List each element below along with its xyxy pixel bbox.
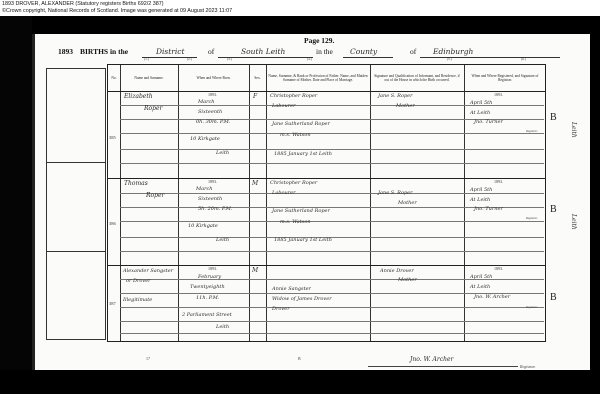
sex: F — [253, 93, 257, 100]
left-margin-box — [46, 68, 106, 340]
child-first-name: Elizabeth — [124, 93, 153, 100]
birth-time: 0h. 30m. P.M. — [196, 119, 231, 125]
birth-month: March — [196, 186, 213, 192]
column-header-registered: When and Where Registered, and Signature… — [466, 65, 544, 91]
county-name: Edinburgh — [433, 47, 473, 56]
footer-registrar-label: Registrar. — [520, 364, 536, 369]
footer-registrar-signature: Jno. W. Archer — [410, 356, 453, 363]
entry-number: 385 — [109, 135, 116, 140]
district-name: South Leith — [241, 47, 285, 56]
child-surname: or Drover — [126, 278, 151, 284]
margin-mark-385: B — [550, 112, 557, 123]
informant-name: Annie Drover — [380, 268, 414, 274]
child-first-name: Thomas — [124, 180, 148, 187]
col-number-2: (2.) — [187, 57, 192, 61]
birth-address: 10 Kirkgate — [188, 223, 218, 229]
birth-place: Leith — [216, 237, 229, 243]
col-number-1: (1.) — [144, 57, 149, 61]
registered-year: 1893. — [494, 266, 503, 271]
margin-mark-386: B — [550, 204, 557, 215]
registered-place: At Leith — [470, 284, 490, 290]
father-name: Christopher Roper — [270, 93, 317, 99]
birth-month: February — [198, 274, 221, 280]
birth-year: 1893. — [208, 92, 217, 97]
caption-copyright: ©Crown copyright, National Records of Sc… — [2, 8, 598, 15]
birth-year: 1893. — [208, 179, 217, 184]
informant-name: Jane S. Roper — [378, 93, 413, 99]
register-year: 1893 — [58, 47, 73, 56]
registrar-label: Registrar. — [526, 216, 538, 220]
col-number-3: (3.) — [227, 57, 232, 61]
entry-number: 386 — [109, 221, 116, 226]
informant-qualification: Mother — [398, 200, 417, 206]
of-label-1: of — [208, 47, 214, 56]
informant-name: Jane S. Roper — [378, 190, 413, 196]
birth-year: 1893. — [208, 266, 217, 271]
image-caption: 1893 DROVER, ALEXANDER (Statutory regist… — [2, 1, 598, 15]
column-header-informant: Signature and Qualification of Informant… — [372, 65, 462, 91]
registered-place: At Leith — [470, 197, 490, 203]
mother-name: Jane Sutherland Roper — [272, 208, 330, 214]
registrar-label: Registrar. — [526, 305, 538, 309]
registered-date: April 5th — [470, 187, 492, 193]
informant-qualification: Mother — [396, 103, 415, 109]
father-occupation: Labourer — [272, 190, 295, 196]
child-first-name: Alexander Sangster — [123, 268, 173, 274]
birth-place: Leith — [216, 324, 229, 330]
father-name: Christopher Roper — [270, 180, 317, 186]
county-label: County — [350, 47, 377, 56]
margin-mark-387: B — [550, 292, 557, 303]
scan-border-right — [590, 16, 600, 394]
mother-occupation: Drover — [272, 306, 290, 312]
registrar-signature: Jno. Turner — [474, 206, 503, 212]
mother-maiden: m.s. Watson — [280, 132, 311, 138]
footer-mark: B — [298, 356, 301, 361]
marriage-date-place: 1885 January 1st Leith — [274, 151, 332, 157]
sex: M — [252, 267, 258, 274]
of-label-2: of — [410, 47, 416, 56]
registered-place: At Leith — [470, 110, 490, 116]
column-header-when-where: When and Where Born. — [178, 65, 249, 91]
registered-year: 1893. — [494, 92, 503, 97]
column-header-parents: Name, Surname, & Rank or Profession of F… — [268, 65, 368, 91]
footer-number: 17 — [146, 356, 150, 361]
col-number-5: (5.) — [447, 57, 452, 61]
birth-day: Twentyeighth — [190, 284, 225, 290]
registrar-label: Registrar. — [526, 129, 538, 133]
register-title: BIRTHS in the — [80, 47, 128, 56]
birth-place: Leith — [216, 150, 229, 156]
illegitimate-note: Illegitimate — [123, 297, 152, 303]
register-page: Page 129. 1893 BIRTHS in the District of… — [32, 34, 590, 370]
birth-address: 2 Parliament Street — [182, 312, 232, 318]
district-label: District — [156, 47, 184, 56]
mother-maiden: m.s. Watson — [280, 219, 311, 225]
birth-day: Sixteenth — [198, 109, 222, 115]
page-number: Page 129. — [304, 36, 334, 45]
registered-date: April 5th — [470, 274, 492, 280]
sex: M — [252, 180, 258, 187]
mother-name: Annie Sangster — [272, 286, 311, 292]
page-spine — [32, 34, 35, 370]
registered-year: 1893. — [494, 179, 503, 184]
in-the-label: in the — [316, 47, 333, 56]
birth-time: 11h. P.M. — [196, 295, 219, 301]
registrar-signature: Jno. Turner — [474, 119, 503, 125]
child-surname: Roper — [146, 192, 164, 199]
scan-border-left — [0, 16, 32, 394]
birth-address: 10 Kirkgate — [190, 136, 220, 142]
mother-name: Jane Sutherland Roper — [272, 121, 330, 127]
father-occupation: Labourer — [272, 103, 295, 109]
birth-time: 5h. 20m. P.M. — [198, 206, 233, 212]
margin-note-386: Leith — [570, 214, 577, 230]
register-table: No. Name and Surname. When and Where Bor… — [107, 64, 546, 342]
column-header-sex: Sex. — [249, 65, 266, 91]
mother-status: Widow of James Drover — [272, 296, 332, 302]
scan-border-bottom — [0, 370, 600, 394]
margin-note-385: Leith — [570, 122, 577, 138]
birth-day: Sixteenth — [198, 196, 222, 202]
column-header-name: Name and Surname. — [120, 65, 178, 91]
col-number-4: (4.) — [307, 57, 312, 61]
registrar-signature: Jno. W. Archer — [474, 294, 510, 300]
column-header-no: No. — [108, 65, 120, 91]
informant-qualification: Mother — [398, 277, 417, 283]
col-number-6: (6.) — [521, 57, 526, 61]
entry-number: 387 — [109, 301, 116, 306]
registered-date: April 5th — [470, 100, 492, 106]
child-surname: Roper — [144, 105, 162, 112]
register-heading: 1893 BIRTHS in the District of South Lei… — [58, 47, 578, 59]
marriage-date-place: 1885 January 1st Leith — [274, 237, 332, 243]
birth-month: March — [198, 99, 215, 105]
